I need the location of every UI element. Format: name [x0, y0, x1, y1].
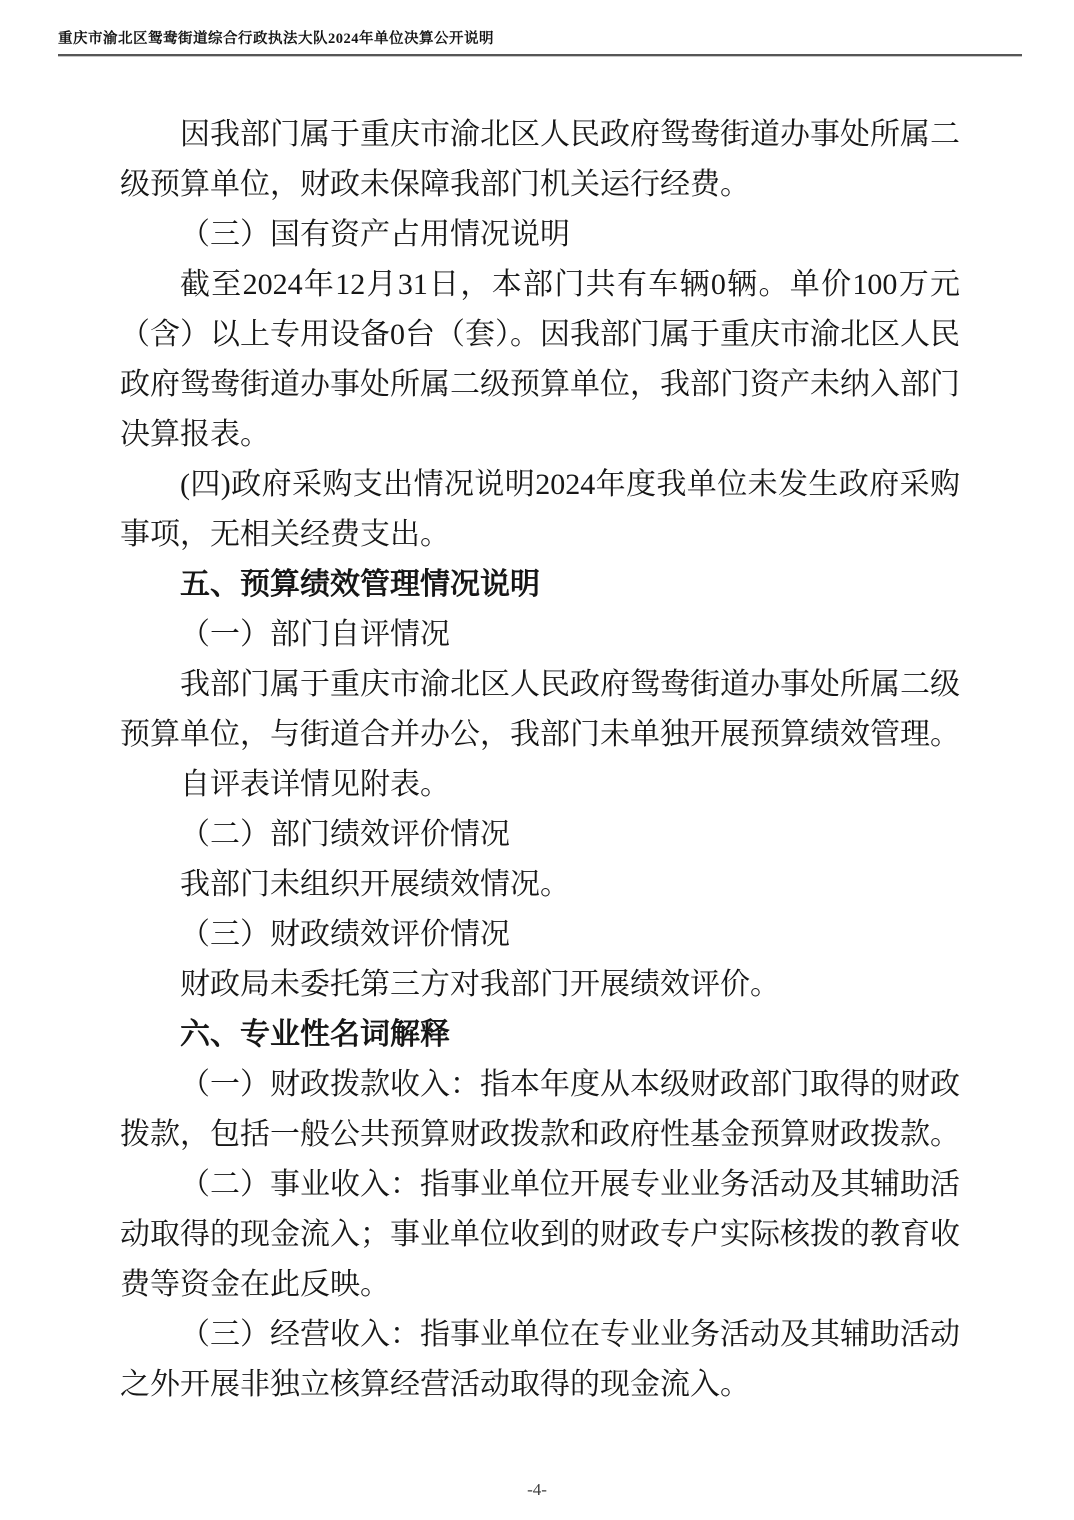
- paragraph: 我部门属于重庆市渝北区人民政府鸳鸯街道办事处所属二级预算单位，与街道合并办公，我…: [120, 660, 960, 760]
- sub-heading: （三）财政绩效评价情况: [120, 910, 960, 960]
- paragraph: 自评表详情见附表。: [120, 760, 960, 810]
- page-number: -4-: [0, 1480, 1074, 1500]
- header-divider-line: [58, 54, 1022, 57]
- paragraph: 截至2024年12月31日，本部门共有车辆0辆。单价100万元（含）以上专用设备…: [120, 260, 960, 460]
- sub-heading: （一）部门自评情况: [120, 610, 960, 660]
- sub-heading: （二）部门绩效评价情况: [120, 810, 960, 860]
- document-page: 重庆市渝北区鸳鸯街道综合行政执法大队2024年单位决算公开说明 因我部门属于重庆…: [0, 0, 1074, 1520]
- document-body: 因我部门属于重庆市渝北区人民政府鸳鸯街道办事处所属二级预算单位，财政未保障我部门…: [120, 110, 960, 1410]
- section-heading: 六、专业性名词解释: [120, 1010, 960, 1060]
- sub-heading: （三）国有资产占用情况说明: [120, 210, 960, 260]
- section-heading: 五、预算绩效管理情况说明: [120, 560, 960, 610]
- page-header-title: 重庆市渝北区鸳鸯街道综合行政执法大队2024年单位决算公开说明: [58, 27, 494, 48]
- paragraph: 财政局未委托第三方对我部门开展绩效评价。: [120, 960, 960, 1010]
- paragraph: 我部门未组织开展绩效情况。: [120, 860, 960, 910]
- paragraph: 因我部门属于重庆市渝北区人民政府鸳鸯街道办事处所属二级预算单位，财政未保障我部门…: [120, 110, 960, 210]
- paragraph: （一）财政拨款收入：指本年度从本级财政部门取得的财政拨款，包括一般公共预算财政拨…: [120, 1060, 960, 1160]
- paragraph: (四)政府采购支出情况说明2024年度我单位未发生政府采购事项，无相关经费支出。: [120, 460, 960, 560]
- paragraph: （三）经营收入：指事业单位在专业业务活动及其辅助活动之外开展非独立核算经营活动取…: [120, 1310, 960, 1410]
- paragraph: （二）事业收入：指事业单位开展专业业务活动及其辅助活动取得的现金流入；事业单位收…: [120, 1160, 960, 1310]
